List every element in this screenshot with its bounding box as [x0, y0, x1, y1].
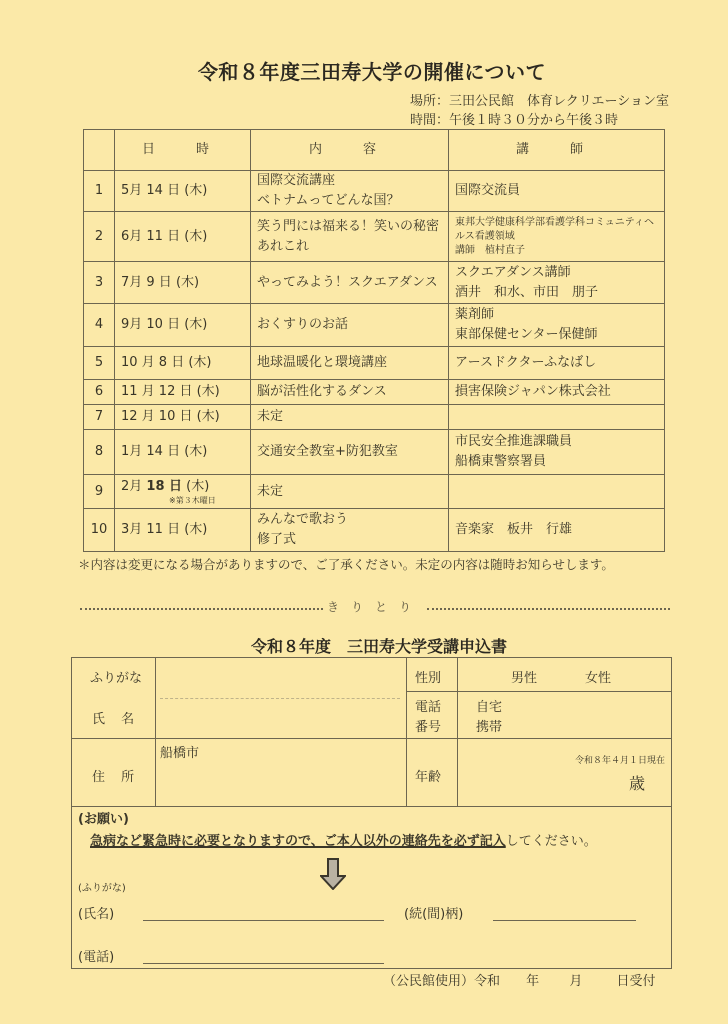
divider	[72, 806, 672, 807]
lecturer-line: 市民安全推進課職員	[455, 432, 658, 452]
row-content: 未定	[251, 405, 449, 430]
row-date: 3月 11 日 (木)	[115, 509, 251, 552]
row-lecturer: 国際交流員	[449, 171, 665, 212]
content-line: 地球温暖化と環境講座	[257, 353, 442, 373]
row-number: 7	[84, 405, 115, 430]
application-form: ふりがな 氏 名 性別 男性 女性 電話 番号 自宅 携帯 住 所 船橋市 年齢…	[71, 657, 672, 969]
content-line: 笑う門には福来る！笑いの秘密	[257, 217, 442, 237]
time-info: 時間：午後１時３０分から午後３時	[410, 109, 618, 128]
phone-label-1: 電話	[415, 696, 441, 715]
row-date: 10 月 8 日 (木)	[115, 347, 251, 380]
row-lecturer: スクエアダンス講師酒井 和水、市田 朋子	[449, 262, 665, 304]
phone-input[interactable]	[512, 694, 667, 734]
lecturer-line: 講師 植村直子	[455, 244, 658, 258]
content-line: 修了式	[257, 530, 442, 550]
row-date: 5月 14 日 (木)	[115, 171, 251, 212]
row-lecturer: アースドクターふなばし	[449, 347, 665, 380]
emergency-name-label: (氏名)	[78, 903, 114, 922]
lecturer-line: 音楽家 板井 行雄	[455, 520, 658, 540]
row-date: 6月 11 日 (木)	[115, 212, 251, 262]
row-content: みんなで歌おう修了式	[251, 509, 449, 552]
name-label: 氏 名	[92, 708, 140, 727]
row-date: 11 月 12 日 (木)	[115, 380, 251, 405]
col-header-no	[84, 130, 115, 171]
date-suffix: (木)	[182, 479, 209, 494]
lecturer-line: 損害保険ジャパン株式会社	[455, 382, 658, 402]
row-lecturer: 音楽家 板井 行雄	[449, 509, 665, 552]
table-row: 1 5月 14 日 (木) 国際交流講座ベトナムってどんな国？ 国際交流員	[84, 171, 665, 212]
name-input[interactable]	[160, 666, 400, 736]
row-content: 交通安全教室+防犯教室	[251, 430, 449, 475]
lecturer-line: 東部保健センター保健師	[455, 325, 658, 345]
row-lecturer	[449, 405, 665, 430]
emergency-name-input[interactable]	[143, 920, 384, 921]
content-line: ベトナムってどんな国？	[257, 191, 442, 211]
row-content: 笑う門には福来る！笑いの秘密あれこれ	[251, 212, 449, 262]
row-number: 4	[84, 304, 115, 347]
row-number: 9	[84, 475, 115, 509]
col-header-date: 日 時	[115, 130, 251, 171]
furigana-label: ふりがな	[90, 667, 142, 686]
table-row: 3 7月 9 日 (木) やってみよう！スクエアダンス スクエアダンス講師酒井 …	[84, 262, 665, 304]
lecturer-line: 船橋東警察署員	[455, 452, 658, 472]
row-lecturer: 市民安全推進課職員船橋東警察署員	[449, 430, 665, 475]
row-lecturer	[449, 475, 665, 509]
row-number: 5	[84, 347, 115, 380]
row-lecturer: 薬剤師東部保健センター保健師	[449, 304, 665, 347]
office-use-label: （公民館使用）令和	[383, 970, 500, 989]
row-date: 9月 10 日 (木)	[115, 304, 251, 347]
row-date: 7月 9 日 (木)	[115, 262, 251, 304]
gender-option-male[interactable]: 男性	[511, 667, 537, 686]
table-row: 2 6月 11 日 (木) 笑う門には福来る！笑いの秘密あれこれ 東邦大学健康科…	[84, 212, 665, 262]
lecturer-line: スクエアダンス講師	[455, 263, 658, 283]
row-number: 3	[84, 262, 115, 304]
schedule-table: 日 時 内 容 講 師 1 5月 14 日 (木) 国際交流講座ベトナムってどん…	[83, 129, 665, 552]
cut-line: きりとり	[80, 598, 670, 615]
content-line: みんなで歌おう	[257, 510, 442, 530]
date-prefix: 2月	[121, 479, 146, 494]
content-line: 未定	[257, 482, 442, 502]
row-lecturer: 東邦大学健康科学部看護学科コミュニティヘルス看護領域講師 植村直子	[449, 212, 665, 262]
lecturer-line: 酒井 和水、市田 朋子	[455, 283, 658, 303]
schedule-note: ＊内容は変更になる場合がありますので、ご了承ください。未定の内容は随時お知らせし…	[78, 555, 614, 573]
age-asof: 令和８年４月１日現在	[575, 753, 665, 766]
table-row: 4 9月 10 日 (木) おくすりのお話 薬剤師東部保健センター保健師	[84, 304, 665, 347]
table-row: 9 2月 18 日 (木) ※第３木曜日 未定	[84, 475, 665, 509]
content-line: 脳が活性化するダンス	[257, 382, 442, 402]
phone-home-label: 自宅	[476, 696, 502, 715]
office-use-year: 年	[526, 970, 539, 989]
lecturer-line: アースドクターふなばし	[455, 353, 658, 373]
row-number: 2	[84, 212, 115, 262]
emergency-relation-input[interactable]	[493, 920, 636, 921]
row-date: 12 月 10 日 (木)	[115, 405, 251, 430]
address-input[interactable]: 船橋市	[160, 742, 400, 802]
row-number: 6	[84, 380, 115, 405]
office-use-day: 日受付	[616, 970, 655, 989]
age-unit: 歳	[629, 771, 645, 794]
content-line: 国際交流講座	[257, 171, 442, 191]
row-content: 未定	[251, 475, 449, 509]
lecturer-line: 国際交流員	[455, 181, 658, 201]
emergency-phone-input[interactable]	[143, 963, 384, 964]
row-content: おくすりのお話	[251, 304, 449, 347]
emergency-phone-label: (電話)	[78, 946, 114, 965]
col-header-lecturer: 講 師	[449, 130, 665, 171]
table-row: 7 12 月 10 日 (木) 未定	[84, 405, 665, 430]
row-date: 1月 14 日 (木)	[115, 430, 251, 475]
date-day-bold: 18 日	[146, 479, 182, 494]
emergency-furigana-label: (ふりがな)	[78, 879, 126, 894]
dotted-line	[80, 608, 323, 610]
table-row: 5 10 月 8 日 (木) 地球温暖化と環境講座 アースドクターふなばし	[84, 347, 665, 380]
table-row: 10 3月 11 日 (木) みんなで歌おう修了式 音楽家 板井 行雄	[84, 509, 665, 552]
gender-option-female[interactable]: 女性	[585, 667, 611, 686]
office-use-month: 月	[569, 970, 582, 989]
table-row: 6 11 月 12 日 (木) 脳が活性化するダンス 損害保険ジャパン株式会社	[84, 380, 665, 405]
cut-label: きりとり	[323, 598, 427, 615]
divider	[72, 738, 672, 739]
content-line: おくすりのお話	[257, 315, 442, 335]
content-line: 未定	[257, 407, 442, 427]
row-number: 10	[84, 509, 115, 552]
office-use-receipt: （公民館使用）令和 年 月 日受付	[383, 970, 655, 989]
address-value: 船橋市	[160, 746, 199, 761]
phone-mobile-label: 携帯	[476, 716, 502, 735]
form-title: 令和８年度 三田寿大学受講申込書	[0, 634, 728, 657]
request-tail: してください。	[506, 834, 597, 849]
divider	[155, 658, 156, 806]
request-text: 急病など緊急時に必要となりますので、ご本人以外の連絡先を必ず記入してください。	[90, 830, 597, 849]
row-number: 1	[84, 171, 115, 212]
request-bold: 急病など緊急時に必要となりますので、ご本人以外の連絡先を必ず記入	[90, 834, 506, 849]
row-content: 脳が活性化するダンス	[251, 380, 449, 405]
gender-label: 性別	[415, 667, 441, 686]
phone-label-2: 番号	[415, 716, 441, 735]
date-note: ※第３木曜日	[121, 496, 244, 506]
row-number: 8	[84, 430, 115, 475]
emergency-relation-label: (続(間)柄)	[404, 903, 463, 922]
content-line: あれこれ	[257, 237, 442, 257]
lecturer-line: 東邦大学健康科学部看護学科コミュニティヘ	[455, 216, 658, 230]
row-date: 2月 18 日 (木) ※第３木曜日	[115, 475, 251, 509]
col-header-content: 内 容	[251, 130, 449, 171]
row-content: やってみよう！スクエアダンス	[251, 262, 449, 304]
down-arrow-icon	[320, 858, 346, 890]
content-line: やってみよう！スクエアダンス	[257, 273, 442, 293]
age-label: 年齢	[415, 766, 441, 785]
dotted-line	[427, 608, 670, 610]
content-line: 交通安全教室+防犯教室	[257, 442, 442, 462]
row-lecturer: 損害保険ジャパン株式会社	[449, 380, 665, 405]
venue-info: 場所：三田公民館 体育レクリエーション室	[410, 90, 669, 109]
schedule-header-row: 日 時 内 容 講 師	[84, 130, 665, 171]
address-label: 住 所	[92, 766, 140, 785]
page-title: 令和８年度三田寿大学の開催について	[0, 56, 728, 85]
lecturer-line: ルス看護領域	[455, 230, 658, 244]
row-content: 国際交流講座ベトナムってどんな国？	[251, 171, 449, 212]
row-content: 地球温暖化と環境講座	[251, 347, 449, 380]
table-row: 8 1月 14 日 (木) 交通安全教室+防犯教室 市民安全推進課職員船橋東警察…	[84, 430, 665, 475]
divider	[457, 658, 458, 806]
divider	[406, 658, 407, 806]
divider	[406, 691, 672, 692]
lecturer-line: 薬剤師	[455, 305, 658, 325]
request-heading: (お願い)	[78, 808, 129, 827]
